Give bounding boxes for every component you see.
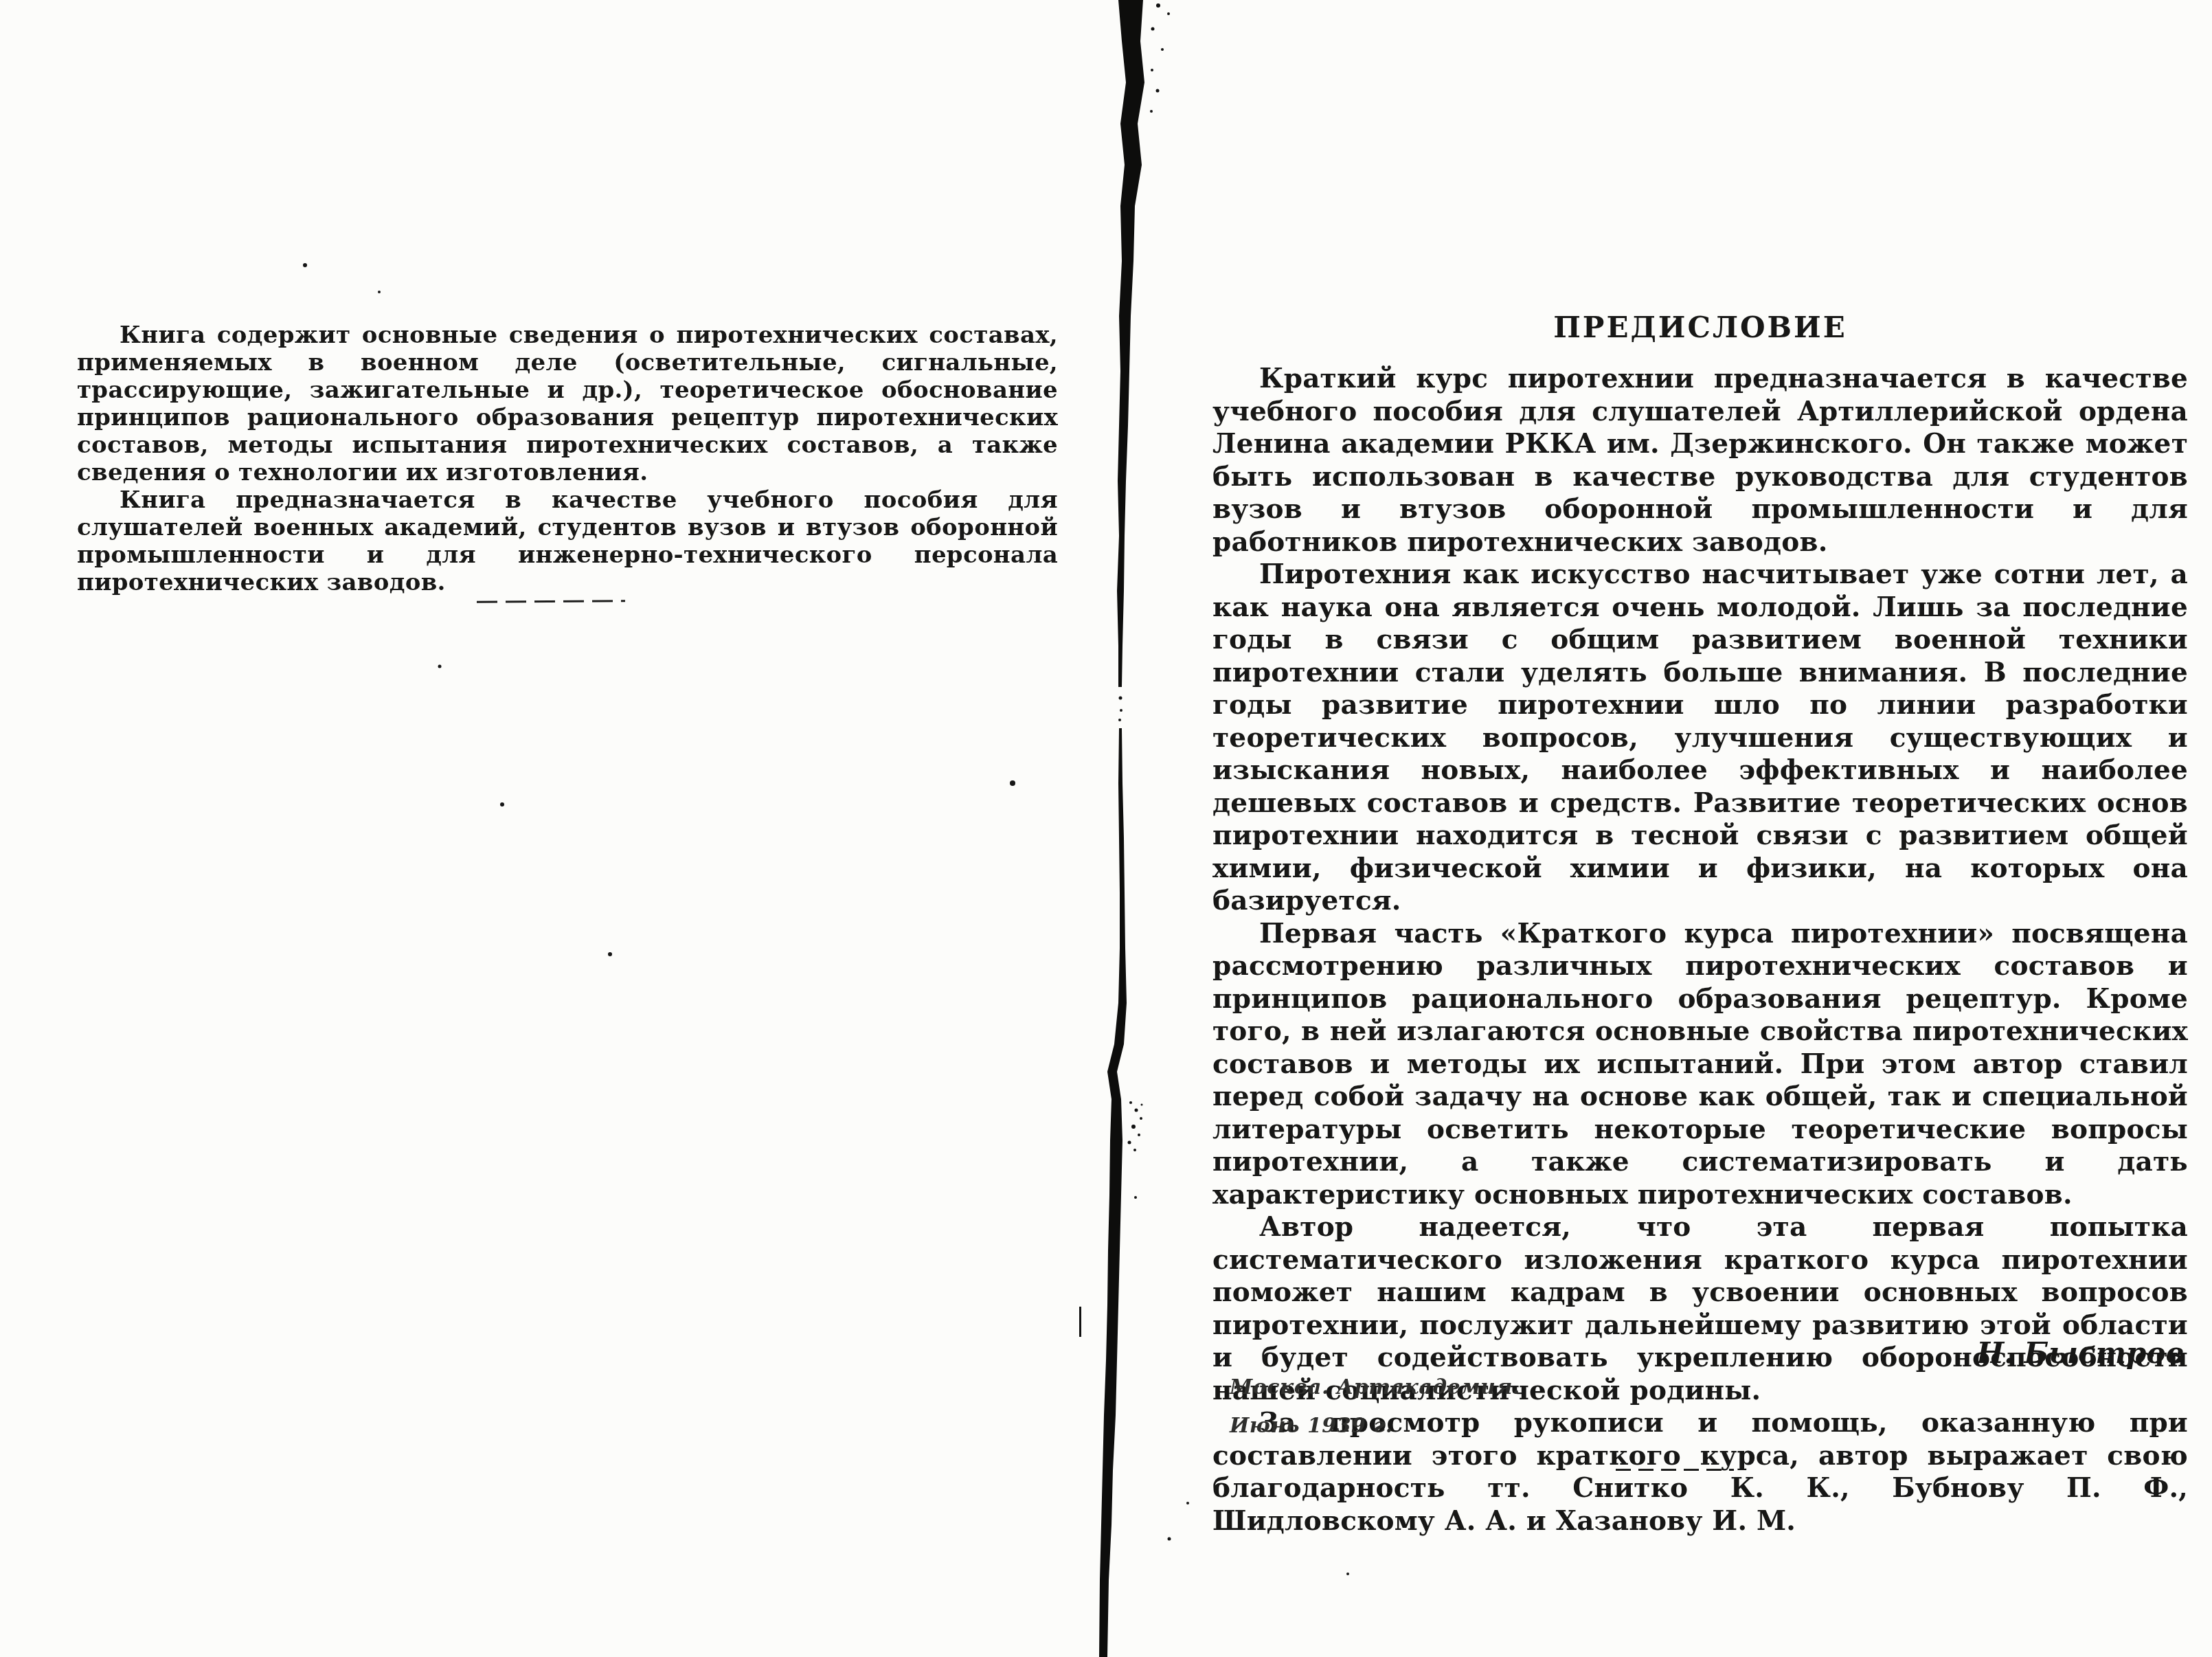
left-page-separator-line: [477, 600, 625, 603]
left-page-annotation: Книга содержит основные сведения о пирот…: [77, 322, 1058, 596]
book-spread-scan: Книга содержит основные сведения о пирот…: [0, 0, 2212, 1657]
imprint-place: Москва. Артакадемия.: [1230, 1375, 1848, 1399]
annotation-paragraph-1: Книга содержит основные сведения о пирот…: [77, 322, 1058, 486]
spine-ink-streak-upper: [1117, 0, 1144, 687]
imprint-date: Июнь 1939 г.: [1230, 1414, 1848, 1438]
preface-paragraph: Краткий курс пиротехнии предназначается …: [1212, 363, 2188, 559]
author-signature: Н. Быстров: [1212, 1336, 2185, 1370]
preface-paragraph: Пиротехния как искусство насчитывает уже…: [1212, 559, 2188, 918]
preface-paragraph: Первая часть «Краткого курса пиротехнии»…: [1212, 918, 2188, 1212]
spine-ink-streak-lower: [1099, 728, 1127, 1657]
page-title: ПРЕДИСЛОВИЕ: [1212, 311, 2188, 344]
annotation-paragraph-2: Книга предназначается в качестве учебног…: [77, 486, 1058, 596]
right-page-separator-line: [1616, 1469, 1734, 1471]
